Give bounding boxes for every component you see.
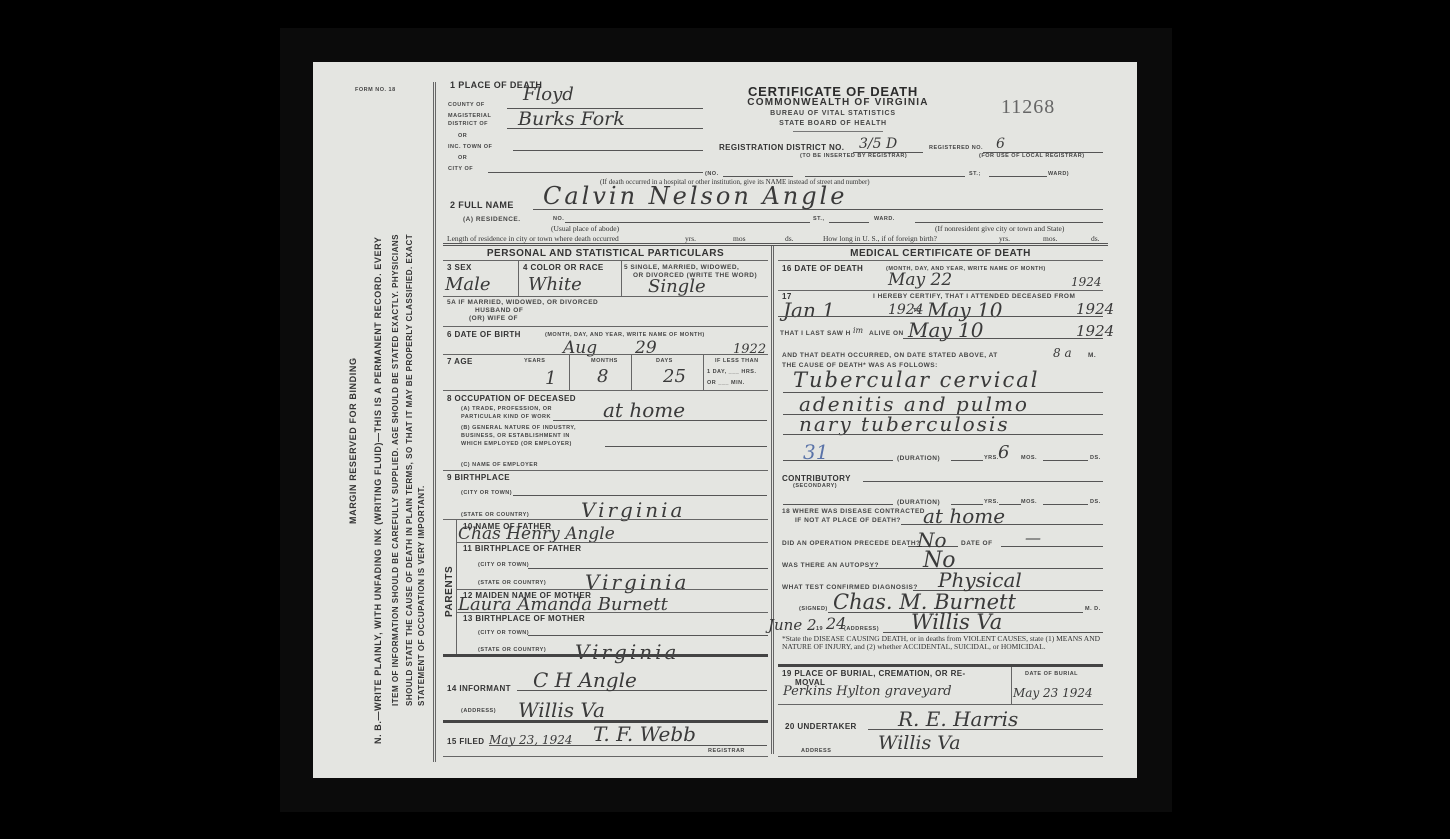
full-name-label: 2 FULL NAME [450,200,514,210]
margin-border [433,82,436,762]
physician-address: Willis Va [911,610,1002,634]
full-name-value: Calvin Nelson Angle [543,182,847,210]
date-of-death-year: 1924 [1071,275,1102,289]
district-value: Burks Fork [518,108,625,130]
diagnosis-test: Physical [938,568,1022,592]
occupation-value: at home [603,398,685,422]
mother-birth-state: Virginia [575,640,679,664]
state-name: COMMONWEALTH OF VIRGINIA [718,97,958,108]
undertaker-name: R. E. Harris [898,707,1018,731]
burial-date: May 23 1924 [1013,686,1093,700]
personal-heading: PERSONAL AND STATISTICAL PARTICULARS [443,248,768,259]
registration-district-value: 3/5 D [859,136,897,152]
death-certificate: FORM NO. 18 MARGIN RESERVED FOR BINDING … [313,62,1137,778]
registrar-signature: T. F. Webb [593,722,696,746]
county-label: COUNTY OF [448,102,485,108]
cause-line-1: Tubercular cervical [793,368,1039,392]
registration-district-label: REGISTRATION DISTRICT NO. [719,143,844,152]
board-name: STATE BOARD OF HEALTH [733,120,933,127]
burial-place: Perkins Hylton graveyard [783,684,952,699]
certificate-number: 11268 [1001,96,1055,119]
instructions-line-1: N. B.—WRITE PLAINLY, WITH UNFADING INK (… [373,237,383,744]
father-birth-state: Virginia [585,570,689,594]
father-name: Chas Henry Angle [458,524,615,544]
binding-margin-note: MARGIN RESERVED FOR BINDING [348,357,358,524]
death-time: 8 a [1053,346,1072,360]
cause-line-3: nary tuberculosis [799,412,1010,436]
informant-value: C H Angle [533,668,637,692]
attended-from: Jan 1 [783,298,835,322]
race-value: White [528,274,582,295]
dob-day: 29 [635,338,657,358]
instructions-line-2: ITEM OF INFORMATION SHOULD BE CAREFULLY … [391,234,400,706]
magisterial-label: MAGISTERIAL [448,113,491,119]
age-months: 8 [597,366,608,387]
footnote: *State the DISEASE CAUSING DEATH, or in … [782,635,1107,651]
county-value: Floyd [523,84,574,105]
column-divider [771,246,774,754]
sex-value: Male [445,274,491,295]
instructions-line-3: SHOULD STATE THE CAUSE OF DEATH IN PLAIN… [405,234,414,706]
registered-no-value: 6 [996,136,1005,152]
disease-contracted-place: at home [923,504,1005,528]
instructions-line-4: STATEMENT OF OCCUPATION IS VERY IMPORTAN… [417,485,426,706]
bureau-name: BUREAU OF VITAL STATISTICS [733,110,933,117]
town-label: INC. TOWN OF [448,144,492,150]
registered-no-label: REGISTERED NO. [929,145,983,151]
marital-value: Single [648,276,706,297]
form-number: FORM NO. 18 [355,87,396,93]
age-days: 25 [663,366,686,387]
duration-months: 6 [998,442,1009,463]
parents-side-label: PARENTS [444,566,455,617]
date-of-death: May 22 [888,270,952,290]
signed-date: June 2 [768,616,817,634]
undertaker-address: Willis Va [878,732,961,754]
city-label: CITY OF [448,166,473,172]
medical-heading: MEDICAL CERTIFICATE OF DEATH [778,248,1103,259]
age-years: 1 [545,368,556,389]
informant-address: Willis Va [518,698,605,722]
